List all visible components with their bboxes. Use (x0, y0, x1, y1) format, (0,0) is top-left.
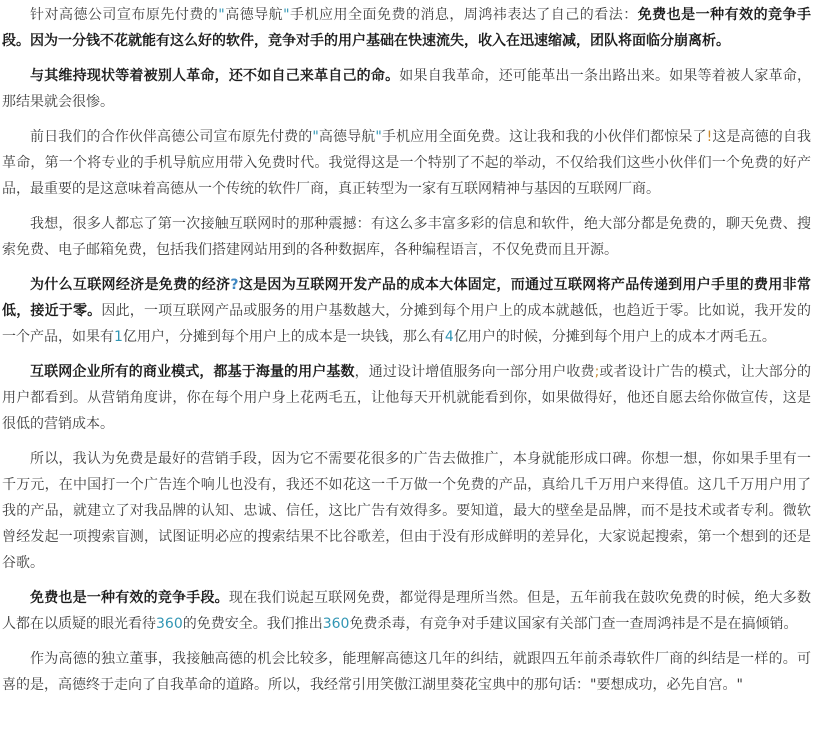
body-text: 手机应用全面免费。这让我和我的小伙伴们都惊呆了 (382, 129, 707, 145)
body-text: 所以，我认为免费是最好的营销手段，因为它不需要花很多的广告去做推广，本身就能形成… (2, 451, 811, 571)
body-text: 360 (323, 616, 350, 632)
body-text: 针对高德公司宣布原先付费的 (30, 7, 218, 23)
body-text: 亿用户的时候，分摊到每个用户上的成本才两毛五。 (454, 329, 776, 345)
paragraph-3: 前日我们的合作伙伴高德公司宣布原先付费的"高德导航"手机应用全面免费。这让我和我… (2, 124, 811, 202)
emphasis-text: 互联网企业所有的商业模式，都基于海量的用户基数 (30, 364, 355, 380)
body-text: 免费杀毒，有竞争对手建议国家有关部门查一查周鸿祎是不是在搞倾销。 (349, 616, 797, 632)
paragraph-6: 互联网企业所有的商业模式，都基于海量的用户基数，通过设计增值服务向一部分用户收费… (2, 359, 811, 437)
body-text: 我想，很多人都忘了第一次接触互联网时的那种震撼：有这么多丰富多彩的信息和软件，绝… (2, 216, 811, 258)
body-text: ，通过设计增值服务向一部分用户收费 (355, 364, 595, 380)
emphasis-text: 为什么互联网经济是免费的经济 (30, 277, 230, 293)
paragraph-9: 作为高德的独立董事，我接触高德的机会比较多，能理解高德这几年的纠结，就跟四五年前… (2, 646, 811, 698)
body-text: 的免费安全。我们推出 (183, 616, 323, 632)
article-body: 针对高德公司宣布原先付费的"高德导航"手机应用全面免费的消息，周鸿祎表达了自己的… (0, 0, 814, 698)
emphasis-text: 与其维持现状等着被别人革命，还不如自己来革自己的命。 (30, 68, 399, 84)
body-text: 360 (156, 616, 183, 632)
body-text: 高德导航 (319, 129, 376, 145)
paragraph-7: 所以，我认为免费是最好的营销手段，因为它不需要花很多的广告去做推广，本身就能形成… (2, 446, 811, 576)
body-text: 前日我们的合作伙伴高德公司宣布原先付费的 (30, 129, 312, 145)
body-text: 手机应用全面免费的消息，周鸿祎表达了自己的看法： (290, 7, 638, 23)
paragraph-5: 为什么互联网经济是免费的经济?这是因为互联网开发产品的成本大体固定，而通过互联网… (2, 272, 811, 350)
body-text: "要想成功，必先自宫。" (590, 677, 743, 693)
emphasis-text: 免费也是一种有效的竞争手段。 (30, 590, 229, 606)
paragraph-4: 我想，很多人都忘了第一次接触互联网时的那种震撼：有这么多丰富多彩的信息和软件，绝… (2, 211, 811, 263)
body-text: 1 (114, 329, 123, 345)
body-text: 4 (445, 329, 454, 345)
paragraph-8: 免费也是一种有效的竞争手段。现在我们说起互联网免费，都觉得是理所当然。但是，五年… (2, 585, 811, 637)
emphasis-text: ? (230, 277, 238, 293)
paragraph-2: 与其维持现状等着被别人革命，还不如自己来革自己的命。如果自我革命，还可能革出一条… (2, 63, 811, 115)
paragraph-1: 针对高德公司宣布原先付费的"高德导航"手机应用全面免费的消息，周鸿祎表达了自己的… (2, 2, 811, 54)
body-text: 亿用户，分摊到每个用户上的成本是一块钱，那么有 (123, 329, 445, 345)
body-text: 高德导航 (225, 7, 283, 23)
